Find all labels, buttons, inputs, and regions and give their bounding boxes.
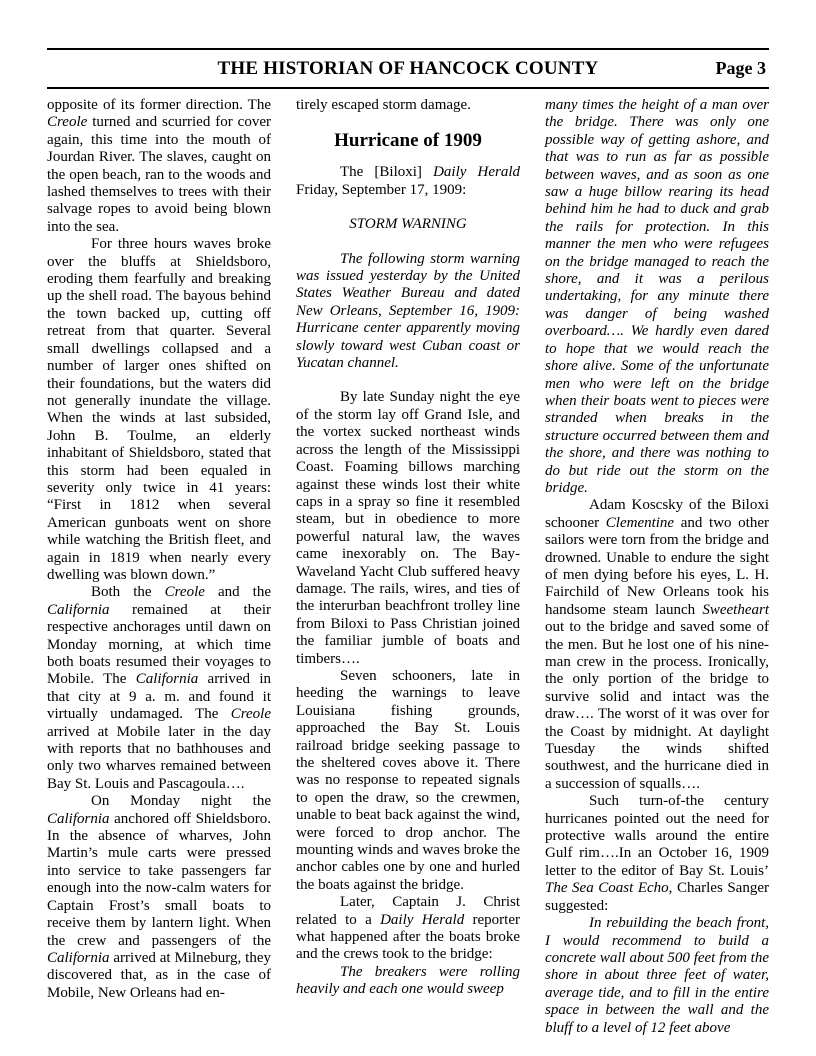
- paragraph: Adam Koscsky of the Biloxi schooner Clem…: [545, 497, 769, 793]
- paragraph: By late Sunday night the eye of the stor…: [296, 389, 520, 668]
- text-run: Hurricane of 1909: [334, 130, 482, 151]
- italic-text-run: Creole: [165, 584, 205, 600]
- paragraph: many times the height of a man over the …: [545, 97, 769, 497]
- text-run: In rebuilding the beach front, I would r…: [545, 915, 769, 1035]
- column-2: tirely escaped storm damage.Hurricane of…: [296, 97, 520, 999]
- italic-text-run: California: [47, 602, 110, 618]
- italic-text-run: California: [47, 811, 110, 827]
- text-run: Seven schooners, late in heeding the war…: [296, 668, 520, 893]
- text-run: For three hours waves broke over the blu…: [47, 236, 271, 583]
- text-run: and the: [205, 584, 271, 600]
- article-columns: opposite of its former direction. The Cr…: [47, 97, 769, 1037]
- paragraph: tirely escaped storm damage.: [296, 97, 520, 114]
- italic-text-run: Clementine: [606, 515, 674, 531]
- paragraph: The [Biloxi] Daily Herald Friday, Septem…: [296, 164, 520, 199]
- text-run: Such turn-of-the century hurricanes poin…: [545, 793, 769, 879]
- page-number: Page 3: [716, 58, 766, 79]
- text-run: turned and scurried for cover again, thi…: [47, 114, 271, 234]
- text-run: The breakers were rolling heavily and ea…: [296, 964, 520, 997]
- header-rule-bottom: [47, 87, 769, 89]
- paragraph: On Monday night the California anchored …: [47, 793, 271, 1002]
- text-run: By late Sunday night the eye of the stor…: [296, 389, 520, 666]
- text-run: STORM WARNING: [349, 216, 466, 232]
- text-run: out to the bridge and saved some of the …: [545, 619, 769, 792]
- text-run: arrived at Mobile later in the day with …: [47, 724, 271, 792]
- paragraph: Seven schooners, late in heeding the war…: [296, 668, 520, 894]
- paragraph: Later, Captain J. Christ related to a Da…: [296, 894, 520, 964]
- italic-text-run: California: [47, 950, 110, 966]
- paragraph: opposite of its former direction. The Cr…: [47, 97, 271, 236]
- paragraph: In rebuilding the beach front, I would r…: [545, 915, 769, 1037]
- paragraph: Both the Creole and the California remai…: [47, 584, 271, 793]
- italic-text-run: Daily Herald: [433, 164, 520, 180]
- section-heading: Hurricane of 1909: [296, 130, 520, 151]
- italic-text-run: Daily Herald: [380, 912, 464, 928]
- sub-heading: STORM WARNING: [296, 216, 520, 233]
- paragraph: The following storm warning was issued y…: [296, 251, 520, 373]
- paragraph: The breakers were rolling heavily and ea…: [296, 964, 520, 999]
- italic-text-run: Creole: [231, 706, 271, 722]
- header-rule-top: [47, 48, 769, 50]
- text-run: anchored off Shieldsboro. In the absence…: [47, 811, 271, 949]
- column-1: opposite of its former direction. The Cr…: [47, 97, 271, 1002]
- text-run: On Monday night the: [91, 793, 271, 809]
- column-3: many times the height of a man over the …: [545, 97, 769, 1037]
- text-run: Both the: [91, 584, 165, 600]
- italic-text-run: California: [136, 671, 199, 687]
- page-title: THE HISTORIAN OF HANCOCK COUNTY: [47, 58, 769, 80]
- paragraph: For three hours waves broke over the blu…: [47, 236, 271, 584]
- italic-text-run: Creole: [47, 114, 87, 130]
- newsletter-page: THE HISTORIAN OF HANCOCK COUNTY Page 3 o…: [0, 0, 816, 1056]
- text-run: many times the height of a man over the …: [545, 97, 769, 496]
- text-run: The following storm warning was issued y…: [296, 251, 520, 371]
- italic-text-run: Sweetheart: [702, 602, 769, 618]
- paragraph: Such turn-of-the century hurricanes poin…: [545, 793, 769, 915]
- text-run: The [Biloxi]: [340, 164, 433, 180]
- italic-text-run: The Sea Coast Echo: [545, 880, 669, 896]
- page-header: THE HISTORIAN OF HANCOCK COUNTY Page 3: [47, 48, 769, 89]
- text-run: opposite of its former direction. The: [47, 97, 271, 113]
- text-run: Friday, September 17, 1909:: [296, 182, 466, 198]
- text-run: tirely escaped storm damage.: [296, 97, 471, 113]
